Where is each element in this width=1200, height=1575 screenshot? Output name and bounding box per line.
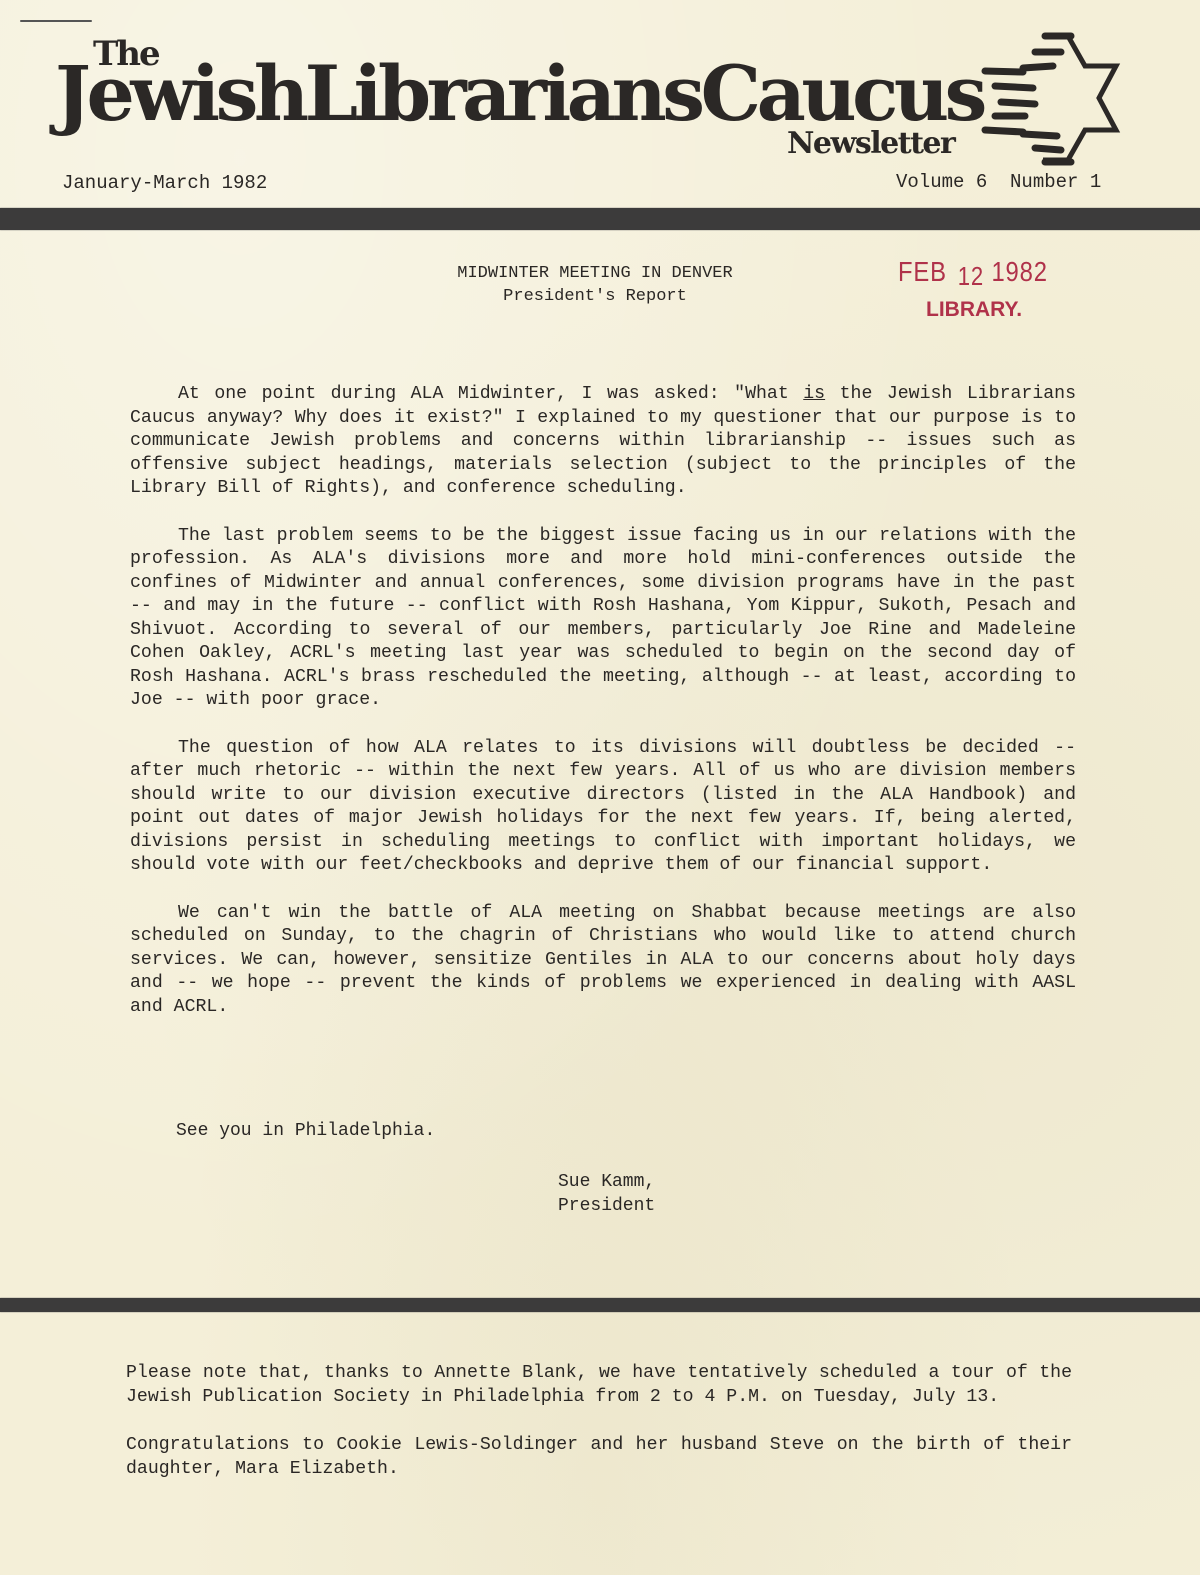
section-divider <box>0 1298 1200 1312</box>
article-heading: MIDWINTER MEETING IN DENVER President's … <box>430 262 760 308</box>
stamp-year: 1982 <box>991 256 1047 287</box>
stamp-label: LIBRARY. <box>926 298 1074 322</box>
paragraph: The last problem seems to be the biggest… <box>130 525 1076 713</box>
paragraph-text: At one point during ALA Midwinter, I was… <box>178 384 803 404</box>
article-body: At one point during ALA Midwinter, I was… <box>130 383 1076 1043</box>
signature-name: Sue Kamm, <box>558 1170 655 1194</box>
received-stamp: FEB 12 1982 LIBRARY. <box>898 256 1074 322</box>
issue-volume: Volume 6 Number 1 <box>896 171 1101 193</box>
announcement: Congratulations to Cookie Lewis-Soldinge… <box>126 1434 1072 1481</box>
signature-title: President <box>558 1194 655 1218</box>
masthead-subtitle: Newsletter <box>787 126 954 161</box>
stamp-month: FEB <box>898 256 947 287</box>
masthead: The JewishLibrariansCaucus Newsletter <box>55 28 1135 168</box>
stamp-day: 12 <box>958 261 984 291</box>
announcements: Please note that, thanks to Annette Blan… <box>126 1362 1072 1506</box>
masthead-title: JewishLibrariansCaucus <box>55 56 983 132</box>
paragraph: The question of how ALA relates to its d… <box>130 737 1076 878</box>
signature: Sue Kamm, President <box>558 1170 655 1218</box>
article-subtitle: President's Report <box>430 285 760 308</box>
announcement: Please note that, thanks to Annette Blan… <box>126 1362 1072 1409</box>
signoff: See you in Philadelphia. <box>176 1121 435 1141</box>
emphasis-text: is <box>803 384 825 404</box>
header-divider <box>0 208 1200 230</box>
paragraph: We can't win the battle of ALA meeting o… <box>130 902 1076 1020</box>
paragraph: At one point during ALA Midwinter, I was… <box>130 383 1076 501</box>
star-of-david-icon <box>973 28 1123 168</box>
article-title: MIDWINTER MEETING IN DENVER <box>430 262 760 285</box>
issue-date: January-March 1982 <box>62 172 267 194</box>
corner-mark <box>20 20 92 22</box>
stamp-date: FEB 12 1982 <box>898 256 1048 288</box>
